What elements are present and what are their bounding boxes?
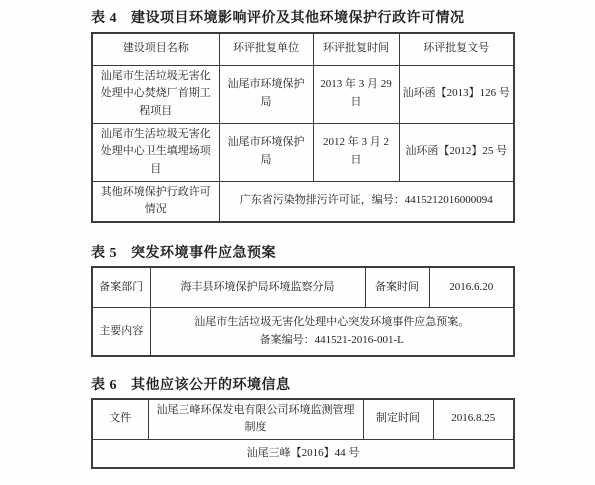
table-row: 汕尾市生活垃圾无害化处理中心焚烧厂首期工程项目 汕尾市环境保护局 2013 年 … <box>92 65 514 123</box>
approval-doc-no-cell: 汕环函【2013】126 号 <box>399 65 514 123</box>
table4-title-text: 建设项目环境影响评价及其他环境保护行政许可情况 <box>131 11 465 26</box>
table6-title-text: 其他应该公开的环境信息 <box>131 378 291 393</box>
table-row: 文件 汕尾三峰环保发电有限公司环境监测管理制度 制定时间 2016.8.25 <box>92 399 514 440</box>
doc-no-cell: 汕尾三峰【2016】44 号 <box>92 439 514 468</box>
table6-title: 表 6其他应该公开的环境信息 <box>91 377 595 395</box>
project-name-cell: 汕尾市生活垃圾无害化处理中心卫生填埋场项目 <box>92 123 219 181</box>
file-label-cell: 文件 <box>92 399 148 440</box>
other-permit-value-cell: 广东省污染物排污许可证，编号：4415212016000094 <box>219 181 514 222</box>
other-public-info-table: 文件 汕尾三峰环保发电有限公司环境监测管理制度 制定时间 2016.8.25 汕… <box>91 398 515 470</box>
table4-title-number: 表 4 <box>91 11 117 26</box>
file-name-cell: 汕尾三峰环保发电有限公司环境监测管理制度 <box>148 399 363 440</box>
other-permit-label-cell: 其他环境保护行政许可情况 <box>92 181 219 222</box>
header-approval-unit: 环评批复单位 <box>219 33 313 65</box>
table-row: 其他环境保护行政许可情况 广东省污染物排污许可证，编号：441521201600… <box>92 181 514 222</box>
table5-title-text: 突发环境事件应急预案 <box>131 246 276 261</box>
filing-dept-label-cell: 备案部门 <box>92 267 150 308</box>
approval-doc-no-cell: 汕环函【2012】25 号 <box>399 123 514 181</box>
filing-time-label-cell: 备案时间 <box>365 267 429 308</box>
approval-date-cell: 2013 年 3 月 29 日 <box>313 65 399 123</box>
table4-title: 表 4建设项目环境影响评价及其他环境保护行政许可情况 <box>91 10 595 28</box>
table5-title: 表 5突发环境事件应急预案 <box>91 245 595 263</box>
main-content-line1: 汕尾市生活垃圾无害化处理中心突发环境事件应急预案。 <box>154 313 511 331</box>
main-content-label-cell: 主要内容 <box>92 308 150 356</box>
header-approval-date: 环评批复时间 <box>313 33 399 65</box>
table5-title-number: 表 5 <box>91 246 117 261</box>
table6-section: 表 6其他应该公开的环境信息 文件 汕尾三峰环保发电有限公司环境监测管理制度 制… <box>91 377 595 470</box>
header-approval-doc-no: 环评批复文号 <box>399 33 514 65</box>
emergency-plan-table: 备案部门 海丰县环境保护局环境监察分局 备案时间 2016.6.20 主要内容 … <box>91 266 515 357</box>
table6-title-number: 表 6 <box>91 378 117 393</box>
table5-section: 表 5突发环境事件应急预案 备案部门 海丰县环境保护局环境监察分局 备案时间 2… <box>91 245 595 357</box>
table-row: 汕尾市生活垃圾无害化处理中心卫生填埋场项目 汕尾市环境保护局 2012 年 3 … <box>92 123 514 181</box>
table-row: 备案部门 海丰县环境保护局环境监察分局 备案时间 2016.6.20 <box>92 267 514 308</box>
document-page: 表 4建设项目环境影响评价及其他环境保护行政许可情况 建设项目名称 环评批复单位… <box>0 0 595 485</box>
approval-unit-cell: 汕尾市环境保护局 <box>219 123 313 181</box>
table-header-row: 建设项目名称 环评批复单位 环评批复时间 环评批复文号 <box>92 33 514 65</box>
filing-dept-cell: 海丰县环境保护局环境监察分局 <box>150 267 365 308</box>
enact-time-cell: 2016.8.25 <box>433 399 514 440</box>
filing-time-cell: 2016.6.20 <box>429 267 514 308</box>
main-content-cell: 汕尾市生活垃圾无害化处理中心突发环境事件应急预案。 备案编号：441521-20… <box>150 308 514 356</box>
approval-unit-cell: 汕尾市环境保护局 <box>219 65 313 123</box>
header-project-name: 建设项目名称 <box>92 33 219 65</box>
project-name-cell: 汕尾市生活垃圾无害化处理中心焚烧厂首期工程项目 <box>92 65 219 123</box>
table-row: 主要内容 汕尾市生活垃圾无害化处理中心突发环境事件应急预案。 备案编号：4415… <box>92 308 514 356</box>
main-content-line2: 备案编号：441521-2016-001-L <box>154 331 511 349</box>
table4-section: 表 4建设项目环境影响评价及其他环境保护行政许可情况 建设项目名称 环评批复单位… <box>91 10 595 223</box>
table-row: 汕尾三峰【2016】44 号 <box>92 439 514 468</box>
approval-date-cell: 2012 年 3 月 2 日 <box>313 123 399 181</box>
env-impact-approval-table: 建设项目名称 环评批复单位 环评批复时间 环评批复文号 汕尾市生活垃圾无害化处理… <box>91 32 515 223</box>
enact-time-label-cell: 制定时间 <box>363 399 433 440</box>
